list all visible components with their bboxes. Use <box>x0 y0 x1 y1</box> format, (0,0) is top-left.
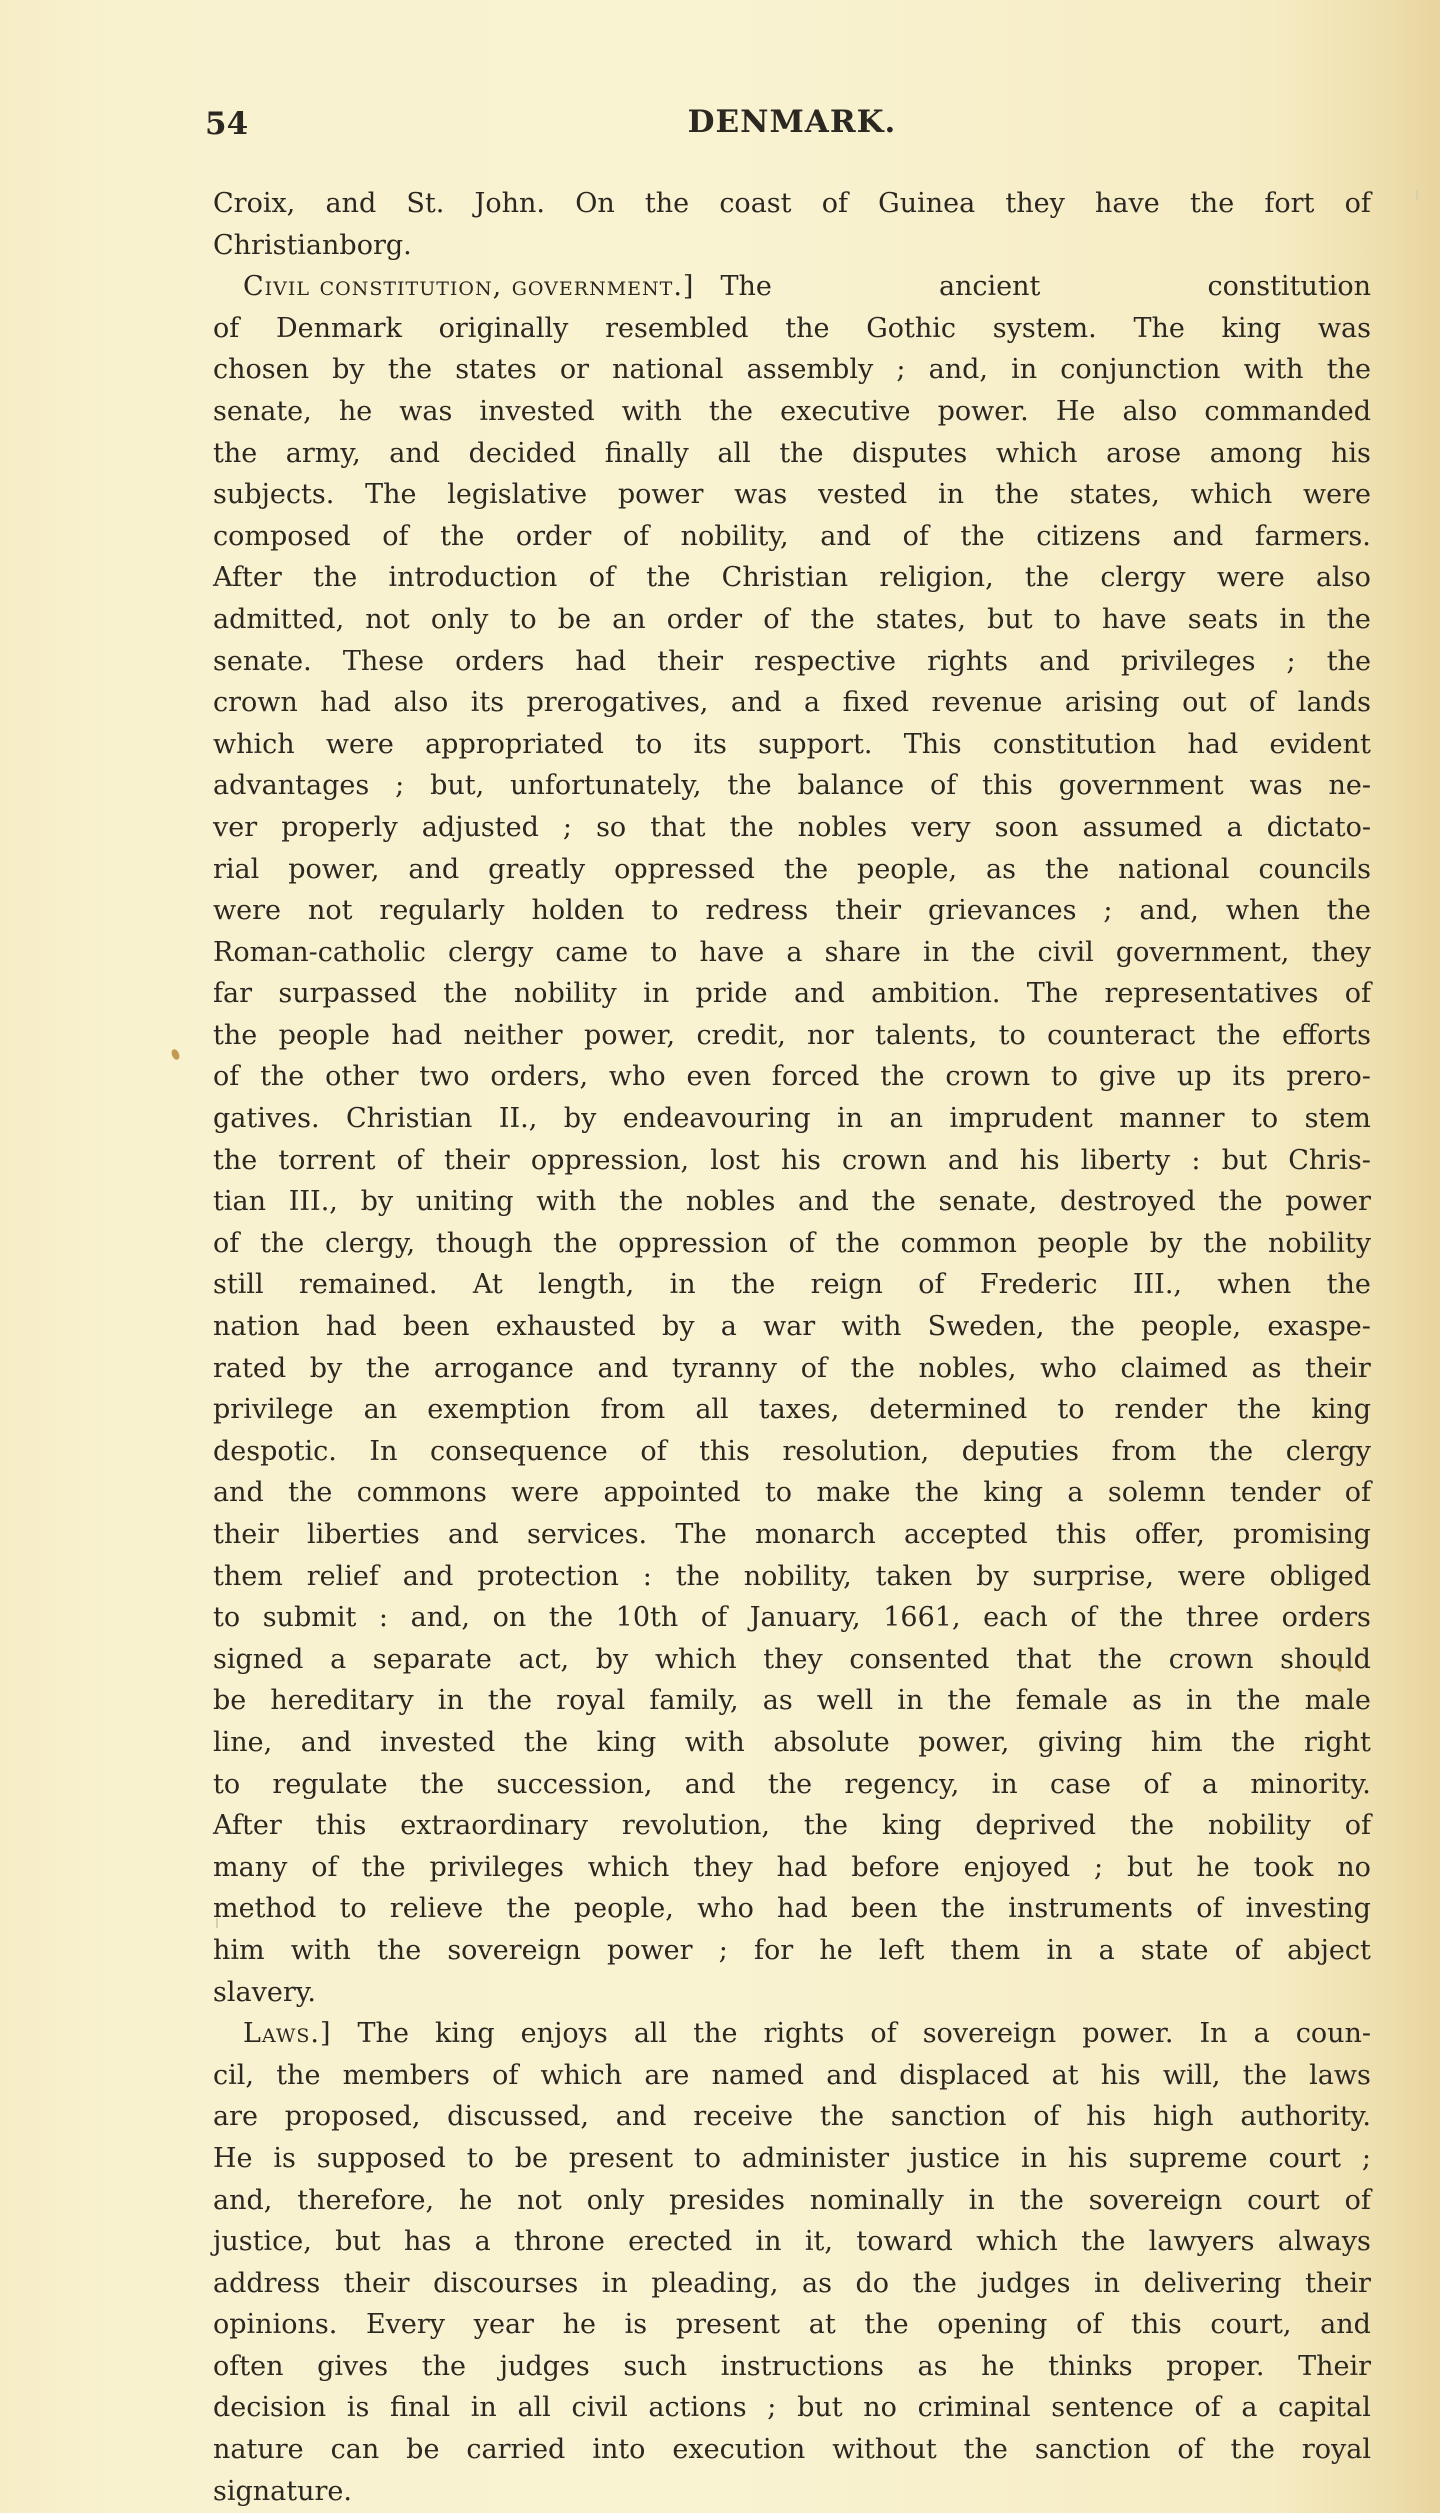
word: the <box>1209 1431 1253 1473</box>
word: have <box>700 932 765 974</box>
text-line: ratedbythearroganceandtyrannyofthenobles… <box>213 1348 1371 1390</box>
word: was <box>399 391 452 433</box>
word: will, <box>1163 2055 1221 2097</box>
text-line: oftheclergy,thoughtheoppressionofthecomm… <box>213 1223 1371 1265</box>
body-text: Croix,andSt.John.OnthecoastofGuineatheyh… <box>213 183 1371 2512</box>
word: constitution <box>993 724 1156 766</box>
word: all <box>695 1389 728 1431</box>
word: subjects. <box>213 474 334 516</box>
word: and <box>731 682 782 724</box>
word: also <box>393 682 448 724</box>
word: though <box>436 1223 533 1265</box>
word: an <box>890 1098 924 1140</box>
word: supposed <box>317 2138 446 2180</box>
word: delivering <box>1144 2263 1282 2305</box>
word: hereditary <box>270 1680 413 1722</box>
word: in <box>897 1680 923 1722</box>
word: the <box>693 2013 737 2055</box>
word: three <box>1186 1597 1259 1639</box>
word: but <box>987 599 1033 641</box>
word: signed <box>213 1639 303 1681</box>
word: in <box>643 973 669 1015</box>
word: left <box>879 1930 924 1972</box>
word: the <box>727 765 771 807</box>
word: chosen <box>213 349 309 391</box>
word: the <box>709 391 753 433</box>
word: rated <box>213 1348 286 1390</box>
word: ; <box>719 1930 728 1972</box>
word: up <box>1177 1056 1212 1098</box>
word: in <box>602 2263 628 2305</box>
word: nobility <box>514 973 617 1015</box>
word: to <box>1051 1056 1078 1098</box>
text-line: cil,themembersofwhicharenamedanddisplace… <box>213 2055 1371 2097</box>
word: to <box>1057 1389 1084 1431</box>
word: the <box>420 1764 464 1806</box>
word: in <box>1021 2138 1047 2180</box>
word: to <box>650 932 677 974</box>
word: carried <box>466 2429 565 2471</box>
text-line: himwiththesovereignpower;forheleftthemin… <box>213 1930 1371 1972</box>
word: receive <box>693 2096 793 2138</box>
word: submit <box>263 1597 357 1639</box>
word: supreme <box>1129 2138 1248 2180</box>
word: arising <box>1065 682 1160 724</box>
word: always <box>1278 2221 1371 2263</box>
word: In <box>369 1431 397 1473</box>
word: to <box>999 1015 1026 1057</box>
word: civil <box>1037 932 1093 974</box>
word: should <box>1280 1639 1371 1681</box>
word: clergy <box>1286 1431 1371 1473</box>
word: The <box>365 474 416 516</box>
word: the <box>1327 1264 1371 1306</box>
word: The <box>1133 308 1184 350</box>
word: rial <box>213 849 259 891</box>
word: invested <box>479 391 594 433</box>
text-line: behereditaryintheroyalfamily,aswellinthe… <box>213 1680 1371 1722</box>
word: in <box>1011 349 1037 391</box>
word: of <box>870 2013 896 2055</box>
word: no <box>863 2387 897 2429</box>
word: people <box>279 1015 370 1057</box>
word: consequence <box>430 1431 608 1473</box>
word: the <box>915 1472 959 1514</box>
word: sovereign <box>447 1930 581 1972</box>
word: be <box>406 2429 439 2471</box>
word: the <box>361 1847 405 1889</box>
word: with <box>291 1930 351 1972</box>
word: only <box>431 599 489 641</box>
word: its <box>471 682 504 724</box>
word: to <box>340 1888 367 1930</box>
word: rights <box>927 641 1008 683</box>
text-line: composedoftheorderofnobility,andofthecit… <box>213 516 1371 558</box>
word: prerogatives, <box>527 682 709 724</box>
word: they <box>1311 932 1370 974</box>
word: revolution, <box>622 1805 770 1847</box>
word: of <box>1177 2429 1203 2471</box>
word: their <box>344 2263 410 2305</box>
word: the <box>366 1348 410 1390</box>
word: redress <box>705 890 808 932</box>
word: in <box>938 474 964 516</box>
word: religion, <box>879 557 993 599</box>
word: taxes, <box>759 1389 840 1431</box>
text-line: Afterthisextraordinaryrevolution,theking… <box>213 1805 1371 1847</box>
word: by <box>361 1181 394 1223</box>
word: of <box>1143 1764 1169 1806</box>
text-line: naturecanbecarriedintoexecutionwithoutth… <box>213 2429 1371 2471</box>
word: out <box>1182 682 1227 724</box>
word: administer <box>742 2138 889 2180</box>
word: the <box>288 1472 332 1514</box>
word: government, <box>1116 932 1289 974</box>
word: the <box>1327 599 1371 641</box>
word: of <box>1345 183 1371 225</box>
word: orders, <box>490 1056 588 1098</box>
word: the <box>872 1181 916 1223</box>
word: torrent <box>278 1140 375 1182</box>
word: as <box>802 2263 832 2305</box>
word: the <box>1045 849 1089 891</box>
word: and <box>616 2096 667 2138</box>
word: the <box>811 599 855 641</box>
word: named <box>712 2055 804 2097</box>
word: citizens <box>1036 516 1141 558</box>
word: fixed <box>843 682 910 724</box>
word: of <box>1345 973 1371 1015</box>
word: the <box>377 1930 421 1972</box>
text-line: justice,buthasathroneerectedinit,towardw… <box>213 2221 1371 2263</box>
word: the <box>836 1223 880 1265</box>
word: gives <box>317 2346 388 2388</box>
word: are <box>213 2096 258 2138</box>
word: this <box>699 1431 750 1473</box>
word: at <box>1052 2055 1079 2097</box>
word: representatives <box>1105 973 1319 1015</box>
word: without <box>832 2429 936 2471</box>
word: their <box>657 641 723 683</box>
word: king <box>597 1722 657 1764</box>
word: of <box>903 516 929 558</box>
word: or <box>560 349 589 391</box>
word: decided <box>469 433 577 475</box>
word: in <box>471 2387 497 2429</box>
word: privilege <box>213 1389 334 1431</box>
word: admitted, <box>213 599 344 641</box>
text-line: thetorrentoftheiroppression,losthiscrown… <box>213 1140 1371 1182</box>
word: January, <box>750 1597 861 1639</box>
word: minority. <box>1250 1764 1371 1806</box>
word: this <box>1056 1514 1107 1556</box>
word: and <box>389 433 440 475</box>
word: efforts <box>1282 1015 1371 1057</box>
word: on <box>493 1597 527 1639</box>
word: two <box>419 1056 469 1098</box>
word: can <box>331 2429 380 2471</box>
word: in <box>923 932 949 974</box>
word: The <box>720 266 771 308</box>
word: deputies <box>962 1431 1079 1473</box>
word: criminal <box>918 2387 1031 2429</box>
word: the <box>549 1597 593 1639</box>
word: After <box>213 1805 282 1847</box>
word: order <box>516 516 591 558</box>
word: throne <box>514 2221 605 2263</box>
word: unfortunately, <box>510 765 701 807</box>
word: crown <box>213 682 298 724</box>
word: and <box>301 1722 352 1764</box>
word: executive <box>780 391 910 433</box>
word: taken <box>876 1556 953 1598</box>
word: of <box>382 516 408 558</box>
word: the <box>784 849 828 891</box>
text-line: andthecommonswereappointedtomakethekinga… <box>213 1472 1371 1514</box>
word: : <box>643 1556 652 1598</box>
word: proposed, <box>285 2096 421 2138</box>
word: other <box>325 1056 398 1098</box>
word: the <box>804 1805 848 1847</box>
word: senate, <box>939 1181 1038 1223</box>
word: only <box>587 2180 645 2222</box>
word: they <box>693 1847 752 1889</box>
word: all <box>717 433 750 475</box>
word: they <box>1005 183 1064 225</box>
word: of <box>1033 2096 1059 2138</box>
word: act, <box>518 1639 569 1681</box>
word: Gothic <box>866 308 956 350</box>
text-line: themreliefandprotection:thenobility,take… <box>213 1556 1371 1598</box>
word: with <box>536 1181 596 1223</box>
word: power. <box>938 391 1029 433</box>
word: the <box>1071 1306 1115 1348</box>
word: is <box>625 2304 648 2346</box>
word: ne- <box>1328 765 1371 807</box>
word: still <box>213 1264 264 1306</box>
word: also <box>1316 557 1371 599</box>
word: right <box>1304 1722 1371 1764</box>
word: of <box>311 1847 337 1889</box>
word: of <box>213 1056 239 1098</box>
word: clergy <box>448 932 533 974</box>
word: ; <box>767 2387 776 2429</box>
section-heading-line: Laws.] Thekingenjoysalltherightsofsovere… <box>213 2013 1371 2055</box>
word: power, <box>288 849 379 891</box>
text-line: slavery. <box>213 1972 1371 2014</box>
word: constitution <box>1208 266 1371 308</box>
word: of <box>213 1223 239 1265</box>
word: the <box>851 1348 895 1390</box>
word: people, <box>857 849 957 891</box>
text-line: whichwereappropriatedtoitssupport.Thisco… <box>213 724 1371 766</box>
word: to <box>765 1472 792 1514</box>
civil-constitution-paragraph: ofDenmarkoriginallyresembledtheGothicsys… <box>213 308 1371 2013</box>
word: the <box>1098 1639 1142 1681</box>
word: exaspe- <box>1267 1306 1371 1348</box>
word: the <box>964 2429 1008 2471</box>
word: and <box>598 1348 649 1390</box>
word: in <box>1186 1680 1212 1722</box>
word: the <box>1020 2180 1064 2222</box>
text-line: privilegeanexemptionfromalltaxes,determi… <box>213 1389 1371 1431</box>
word: of <box>1345 1805 1371 1847</box>
word: the <box>422 2346 466 2388</box>
word: senate. <box>213 641 312 683</box>
word: their <box>835 890 901 932</box>
word: which <box>996 433 1078 475</box>
word: and <box>798 1181 849 1223</box>
word: his <box>1331 433 1371 475</box>
word: by <box>596 1639 629 1681</box>
word: nature <box>213 2429 304 2471</box>
text-line: signature. <box>213 2471 1371 2513</box>
word: states <box>455 349 537 391</box>
word: power, <box>584 1015 675 1057</box>
word: thinks <box>1048 2346 1132 2388</box>
word: the <box>785 308 829 350</box>
text-line: chosenbythestatesornationalassembly;and,… <box>213 349 1371 391</box>
word: the <box>1327 349 1371 391</box>
word: of <box>1235 1930 1261 1972</box>
word: extraordinary <box>400 1805 588 1847</box>
word: Christianborg. <box>213 225 412 267</box>
word: surprise, <box>1033 1556 1154 1598</box>
word: are <box>644 2055 689 2097</box>
word: and <box>948 1140 999 1182</box>
text-line: methodtorelievethepeople,whohadbeenthein… <box>213 1888 1371 1930</box>
word: balance <box>797 765 904 807</box>
word: neither <box>463 1015 562 1057</box>
word: cil, <box>213 2055 254 2097</box>
book-page: 54 DENMARK. Croix,andSt.John.Onthecoasto… <box>0 0 1440 2513</box>
word: Guinea <box>878 183 975 225</box>
word: when <box>1226 890 1300 932</box>
word: army, <box>286 433 361 475</box>
word: exhausted <box>496 1306 636 1348</box>
word: nobility, <box>681 516 789 558</box>
text-line: Christianborg. <box>213 225 1371 267</box>
word: oppressed <box>614 849 755 891</box>
word: surpassed <box>278 973 417 1015</box>
text-line: oftheothertwoorders,whoevenforcedthecrow… <box>213 1056 1371 1098</box>
word: greatly <box>488 849 585 891</box>
word: very <box>911 807 970 849</box>
word: he <box>981 2346 1014 2388</box>
word: family, <box>649 1680 738 1722</box>
word: Sweden, <box>928 1306 1045 1348</box>
word: the <box>506 1888 550 1930</box>
word: were <box>213 890 281 932</box>
word: all <box>517 2387 550 2429</box>
word: of <box>1076 2304 1102 2346</box>
word: the <box>260 1056 304 1098</box>
word: in <box>837 1098 863 1140</box>
word: his <box>1101 2055 1141 2097</box>
word: had <box>326 1306 377 1348</box>
word: far <box>213 973 252 1015</box>
word: manner <box>1119 1098 1224 1140</box>
word: sovereign <box>923 2013 1057 2055</box>
word: separate <box>373 1639 492 1681</box>
word: before <box>851 1847 939 1889</box>
word: introduction <box>388 557 557 599</box>
word: him <box>1151 1722 1203 1764</box>
word: with <box>841 1306 901 1348</box>
text-line: addresstheirdiscoursesinpleading,asdothe… <box>213 2263 1371 2305</box>
word: the <box>820 2096 864 2138</box>
word: who <box>697 1888 754 1930</box>
word: ; <box>563 807 572 849</box>
word: court <box>1247 2180 1320 2222</box>
word: of <box>918 1264 944 1306</box>
word: claimed <box>1120 1348 1227 1390</box>
word: holden <box>531 890 624 932</box>
word: he <box>459 2180 492 2222</box>
word: pleading, <box>651 2263 778 2305</box>
word: sentence <box>1051 2387 1174 2429</box>
text-line: Croix,andSt.John.OnthecoastofGuineatheyh… <box>213 183 1371 225</box>
word: not <box>308 890 353 932</box>
word: he <box>819 1930 852 1972</box>
word: the <box>553 1223 597 1265</box>
text-line: Heissupposedtobepresenttoadministerjusti… <box>213 2138 1371 2180</box>
word: royal <box>556 1680 625 1722</box>
word: consented <box>849 1639 989 1681</box>
word: of <box>623 516 649 558</box>
word: succession, <box>496 1764 652 1806</box>
word: the <box>645 183 689 225</box>
word: composed <box>213 516 351 558</box>
word: to <box>1054 599 1081 641</box>
word: of <box>930 765 956 807</box>
word: arrogance <box>434 1348 574 1390</box>
word: and, <box>1140 890 1199 932</box>
word: judges <box>980 2263 1070 2305</box>
word: royal <box>1302 2429 1371 2471</box>
word: commanded <box>1204 391 1371 433</box>
foxing-spot <box>170 1048 181 1061</box>
running-head: 54 DENMARK. <box>213 104 1371 144</box>
word: so <box>596 807 626 849</box>
word: the <box>880 1056 924 1098</box>
text-line: line,andinvestedthekingwithabsolutepower… <box>213 1722 1371 1764</box>
word: oppression <box>618 1223 768 1265</box>
text-line: signedaseparateact,bywhichtheyconsentedt… <box>213 1639 1371 1681</box>
word: in <box>670 1264 696 1306</box>
word: of <box>801 1348 827 1390</box>
word: III., <box>289 1181 338 1223</box>
word: their <box>1305 1348 1371 1390</box>
word: the <box>960 516 1004 558</box>
word: his <box>1068 2138 1108 2180</box>
word: this <box>982 765 1033 807</box>
word: : <box>379 1597 388 1639</box>
word: sanction <box>1035 2429 1151 2471</box>
word: soon <box>995 807 1059 849</box>
word: the <box>646 557 690 599</box>
word: an <box>364 1389 398 1431</box>
word: state <box>1141 1930 1209 1972</box>
word: members <box>343 2055 470 2097</box>
word: among <box>1210 433 1303 475</box>
word: ; <box>1287 641 1296 683</box>
text-line: nationhadbeenexhaustedbyawarwithSweden,t… <box>213 1306 1371 1348</box>
word: do <box>856 2263 890 2305</box>
word: the <box>1231 1722 1275 1764</box>
word: the <box>676 1556 720 1598</box>
text-line: admitted,notonlytobeanorderofthestates,b… <box>213 599 1371 641</box>
